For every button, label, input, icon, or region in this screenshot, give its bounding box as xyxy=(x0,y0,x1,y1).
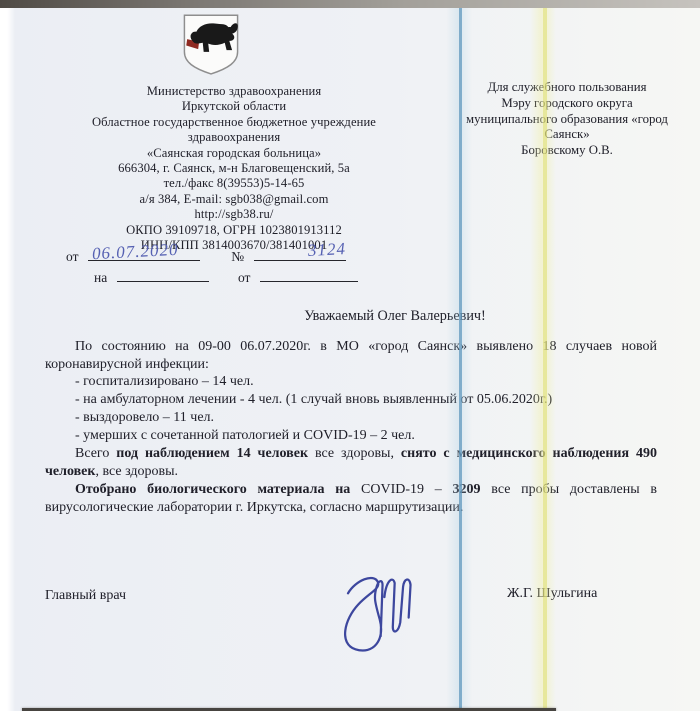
reply-blank-line-1 xyxy=(117,268,209,282)
text-segment-bold: под наблюдением 14 человек xyxy=(116,446,308,461)
scanned-letter-page: Министерство здравоохранения Иркутской о… xyxy=(0,0,700,711)
sender-letterhead: Министерство здравоохранения Иркутской о… xyxy=(28,84,440,253)
list-item: - выздоровело – 11 чел. xyxy=(45,409,657,427)
paragraph-observation: Всего под наблюдением 14 человек все здо… xyxy=(45,445,657,481)
text-segment: , все здоровы. xyxy=(95,464,178,479)
statistics-list: - госпитализировано – 14 чел. - на амбул… xyxy=(45,373,657,445)
reference-row-date-number: от № 06.07.2020 3124 xyxy=(66,247,426,268)
letterhead-line: «Саянская городская больница» xyxy=(28,146,440,161)
signoff-name: Ж.Г. Шульгина xyxy=(507,586,597,602)
recipient-line: Для служебного пользования xyxy=(440,80,694,96)
from-label: от xyxy=(66,249,78,264)
recipient-line: Мэру городского округа xyxy=(440,96,694,112)
paragraph-status: По состоянию на 09-00 06.07.2020г. в МО … xyxy=(45,338,657,374)
from-label-2: от xyxy=(238,270,250,285)
recipient-line: муниципального образования «город xyxy=(440,112,694,128)
recipient-line: Боровскому О.В. xyxy=(440,143,694,159)
reference-block: от № 06.07.2020 3124 на от xyxy=(66,247,426,289)
letterhead-line: Областное государственное бюджетное учре… xyxy=(28,115,440,130)
text-segment: все здоровы, xyxy=(308,446,401,461)
list-item: - на амбулаторном лечении - 4 чел. (1 сл… xyxy=(45,391,657,409)
text-segment: COVID-19 – xyxy=(361,482,453,497)
list-item: - умерших с сочетанной патологией и COVI… xyxy=(45,427,657,445)
paragraph-samples: Отобрано биологического материала на COV… xyxy=(45,481,657,517)
signoff-title: Главный врач xyxy=(45,588,126,604)
letterhead-line: ОКПО 39109718, ОГРН 1023801913112 xyxy=(28,223,440,238)
reference-row-reply: на от xyxy=(66,268,426,289)
na-label: на xyxy=(94,270,107,285)
text-segment: Всего xyxy=(75,446,116,461)
text-segment-bold: Отобрано биологического материала на xyxy=(75,482,361,497)
scan-left-margin xyxy=(0,6,15,711)
letterhead-line: тел./факс 8(39553)5-14-65 xyxy=(28,176,440,191)
text-segment-bold: 3209 xyxy=(453,482,481,497)
reply-blank-line-2 xyxy=(260,268,358,282)
recipient-line: Саянск» xyxy=(440,127,694,143)
scan-top-edge xyxy=(0,0,700,8)
letterhead-line: а/я 384, E-mail: sgb038@gmail.com xyxy=(28,192,440,207)
recipient-block: Для служебного пользования Мэру городско… xyxy=(440,80,694,159)
letterhead-line: 666304, г. Саянск, м-н Благовещенский, 5… xyxy=(28,161,440,176)
handwritten-signature-icon xyxy=(320,556,432,668)
list-item: - госпитализировано – 14 чел. xyxy=(45,373,657,391)
letterhead-line: здравоохранения xyxy=(28,130,440,145)
handwritten-number: 3124 xyxy=(308,239,347,261)
greeting-line: Уважаемый Олег Валерьевич! xyxy=(45,308,657,325)
letterhead-line: Министерство здравоохранения xyxy=(28,84,440,99)
number-label: № xyxy=(231,249,244,264)
letterhead-line: http://sgb38.ru/ xyxy=(28,207,440,222)
irkutsk-coat-of-arms-icon xyxy=(178,12,244,79)
letterhead-line: Иркутской области xyxy=(28,99,440,114)
